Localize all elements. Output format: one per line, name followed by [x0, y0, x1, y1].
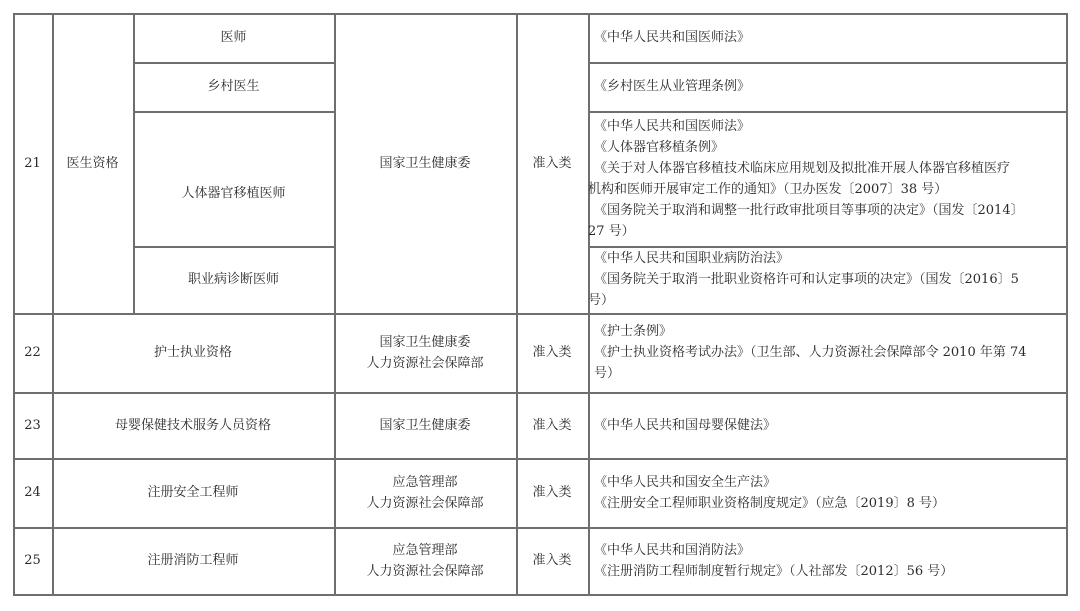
category: 准入类: [516, 13, 588, 313]
basis-line: 号）: [594, 363, 620, 384]
authority-line: 应急管理部: [392, 540, 457, 561]
sub-qualification: 人体器官移植医师: [133, 111, 334, 246]
row-number: 21: [13, 13, 52, 313]
category: 准入类: [516, 458, 588, 527]
basis-line: 《中华人民共和国母婴保健法》: [594, 415, 776, 436]
basis-line: 《乡村医生从业管理条例》: [594, 76, 750, 97]
basis-line: 27 号）: [588, 221, 635, 242]
category: 准入类: [516, 392, 588, 458]
basis-line: 《中华人民共和国消防法》: [594, 540, 750, 561]
authority-line: 人力资源社会保障部: [366, 561, 483, 582]
basis-line: 《注册安全工程师职业资格制度规定》（应急〔2019〕8 号）: [594, 493, 945, 514]
sub-qualification: 乡村医生: [133, 62, 334, 111]
basis-line: 《关于对人体器官移植技术临床应用规划及拟批准开展人体器官移植医疗: [594, 158, 1010, 179]
legal-basis: 《中华人民共和国母婴保健法》: [588, 392, 1066, 458]
legal-basis: 《中华人民共和国消防法》 《注册消防工程师制度暂行规定》（人社部发〔2012〕5…: [588, 527, 1066, 594]
legal-basis: 《乡村医生从业管理条例》: [588, 62, 1066, 111]
basis-line: 《国务院关于取消和调整一批行政审批项目等事项的决定》（国发〔2014〕: [594, 200, 1024, 221]
basis-line: 《人体器官移植条例》: [594, 137, 724, 158]
qualification-name: 医生资格: [52, 13, 133, 313]
basis-line: 《国务院关于取消一批职业资格许可和认定事项的决定》（国发〔2016〕5: [594, 269, 1019, 290]
basis-line: 《注册消防工程师制度暂行规定》（人社部发〔2012〕56 号）: [594, 561, 953, 582]
basis-line: 机构和医师开展审定工作的通知》（卫办医发〔2007〕38 号）: [588, 179, 947, 200]
basis-line: 号）: [588, 290, 614, 311]
basis-line: 《中华人民共和国职业病防治法》: [594, 248, 789, 269]
authority-line: 人力资源社会保障部: [366, 353, 483, 374]
authority: 国家卫生健康委: [334, 13, 516, 313]
qualification-name: 母婴保健技术服务人员资格: [52, 392, 334, 458]
authority-line: 国家卫生健康委: [379, 153, 470, 174]
legal-basis: 《中华人民共和国医师法》: [588, 13, 1066, 62]
authority-line: 人力资源社会保障部: [366, 493, 483, 514]
row-number: 25: [13, 527, 52, 594]
sub-qualification: 医师: [133, 13, 334, 62]
basis-line: 《中华人民共和国医师法》: [594, 116, 750, 137]
basis-line: 《中华人民共和国医师法》: [594, 27, 750, 48]
basis-line: 《中华人民共和国安全生产法》: [594, 472, 776, 493]
authority-line: 国家卫生健康委: [379, 415, 470, 436]
authority: 国家卫生健康委: [334, 392, 516, 458]
authority-line: 国家卫生健康委: [379, 332, 470, 353]
qualification-name: 注册安全工程师: [52, 458, 334, 527]
authority: 应急管理部 人力资源社会保障部: [334, 458, 516, 527]
qualification-name: 注册消防工程师: [52, 527, 334, 594]
sub-qualification: 职业病诊断医师: [133, 246, 334, 313]
authority: 国家卫生健康委 人力资源社会保障部: [334, 313, 516, 392]
legal-basis: 《中华人民共和国医师法》 《人体器官移植条例》 《关于对人体器官移植技术临床应用…: [588, 111, 1066, 246]
table-border-bottom: [13, 594, 1068, 596]
authority-line: 应急管理部: [392, 472, 457, 493]
qualification-name: 护士执业资格: [52, 313, 334, 392]
category: 准入类: [516, 527, 588, 594]
row-number: 23: [13, 392, 52, 458]
legal-basis: 《中华人民共和国职业病防治法》 《国务院关于取消一批职业资格许可和认定事项的决定…: [588, 246, 1066, 313]
table-border-right: [1066, 13, 1068, 595]
legal-basis: 《护士条例》 《护士执业资格考试办法》（卫生部、人力资源社会保障部令 2010 …: [588, 313, 1066, 392]
row-number: 24: [13, 458, 52, 527]
legal-basis: 《中华人民共和国安全生产法》 《注册安全工程师职业资格制度规定》（应急〔2019…: [588, 458, 1066, 527]
authority: 应急管理部 人力资源社会保障部: [334, 527, 516, 594]
basis-line: 《护士执业资格考试办法》（卫生部、人力资源社会保障部令 2010 年第 74: [594, 342, 1027, 363]
category: 准入类: [516, 313, 588, 392]
basis-line: 《护士条例》: [594, 321, 672, 342]
row-number: 22: [13, 313, 52, 392]
